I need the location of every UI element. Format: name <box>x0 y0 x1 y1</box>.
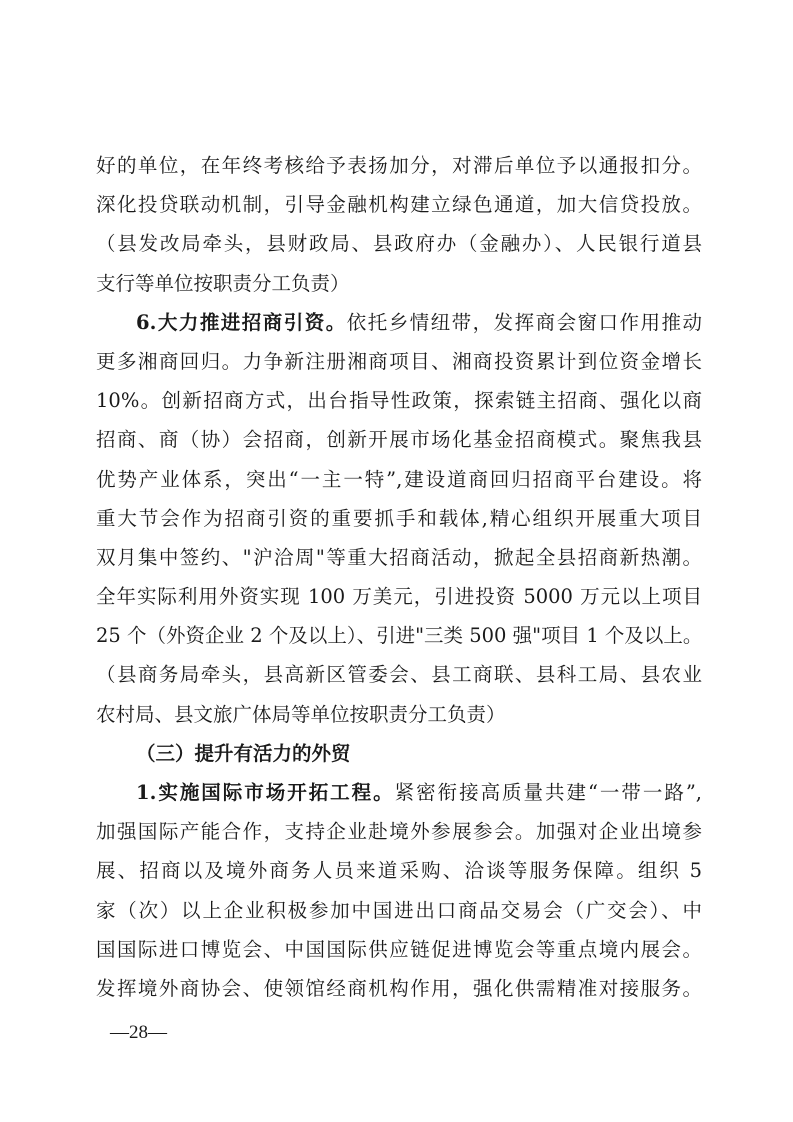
paragraph-line: 深化投贷联动机制，引导金融机构建立绿色通道，加大信贷投放。 <box>96 185 702 224</box>
item-6-text: 依托乡情纽带，发挥商会窗口作用推动 <box>347 311 702 334</box>
paragraph-line: 重大节会作为招商引资的重要抓手和载体,精心组织开展重大项目 <box>96 499 702 538</box>
item-1-title: 1.实施国际市场开拓工程。 <box>136 781 395 804</box>
paragraph-line: 农村局、县文旅广体局等单位按职责分工负责） <box>96 695 702 734</box>
paragraph-line: 展、招商以及境外商务人员来道采购、洽谈等服务保障。组织 5 <box>96 851 702 890</box>
paragraph-line: 发挥境外商协会、使领馆经商机构作用，强化供需精准对接服务。 <box>96 969 702 1008</box>
section-heading: （三）提升有活力的外贸 <box>96 734 702 773</box>
paragraph-line: 支行等单位按职责分工负责） <box>96 264 702 303</box>
paragraph-line: 全年实际利用外资实现 100 万美元，引进投资 5000 万元以上项目 <box>96 577 702 616</box>
document-body: 好的单位，在年终考核给予表扬加分，对滞后单位予以通报扣分。 深化投贷联动机制，引… <box>96 146 702 1008</box>
paragraph-line-item-6: 6.大力推进招商引资。依托乡情纽带，发挥商会窗口作用推动 <box>96 303 702 342</box>
item-6-title: 6.大力推进招商引资。 <box>136 311 347 334</box>
paragraph-line: 国国际进口博览会、中国国际供应链促进博览会等重点境内展会。 <box>96 930 702 969</box>
document-page: 好的单位，在年终考核给予表扬加分，对滞后单位予以通报扣分。 深化投贷联动机制，引… <box>0 0 793 1122</box>
paragraph-line: 25 个（外资企业 2 个及以上）、引进"三类 500 强"项目 1 个及以上。 <box>96 616 702 655</box>
paragraph-line: 招商、商（协）会招商，创新开展市场化基金招商模式。聚焦我县 <box>96 420 702 459</box>
paragraph-line: 好的单位，在年终考核给予表扬加分，对滞后单位予以通报扣分。 <box>96 146 702 185</box>
paragraph-line: 加强国际产能合作，支持企业赴境外参展参会。加强对企业出境参 <box>96 812 702 851</box>
paragraph-line: 10%。创新招商方式，出台指导性政策，探索链主招商、强化以商 <box>96 381 702 420</box>
item-1-text: 紧密衔接高质量共建“一带一路”, <box>395 781 702 804</box>
paragraph-line-item-1: 1.实施国际市场开拓工程。紧密衔接高质量共建“一带一路”, <box>96 773 702 812</box>
paragraph-line: （县商务局牵头，县高新区管委会、县工商联、县科工局、县农业 <box>96 655 702 694</box>
paragraph-line: （县发改局牵头，县财政局、县政府办（金融办）、人民银行道县 <box>96 224 702 263</box>
paragraph-line: 双月集中签约、"沪洽周"等重大招商活动，掀起全县招商新热潮。 <box>96 538 702 577</box>
paragraph-line: 优势产业体系，突出“一主一特”,建设道商回归招商平台建设。将 <box>96 460 702 499</box>
paragraph-line: 更多湘商回归。力争新注册湘商项目、湘商投资累计到位资金增长 <box>96 342 702 381</box>
page-number: —28— <box>110 1022 167 1044</box>
paragraph-line: 家（次）以上企业积极参加中国进出口商品交易会（广交会）、中 <box>96 891 702 930</box>
